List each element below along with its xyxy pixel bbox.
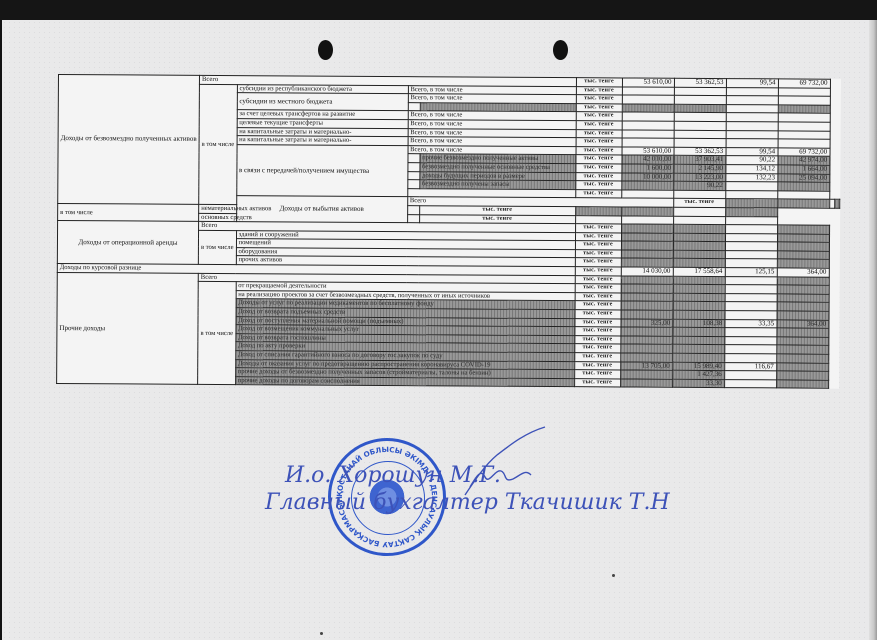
value-cell: [725, 233, 777, 242]
unit-cell: тыс. тенге: [575, 267, 621, 276]
value-cell: [673, 190, 725, 199]
unit-cell: тыс. тенге: [575, 189, 621, 198]
value-cell: [726, 87, 778, 96]
value-cell: [575, 215, 621, 224]
value-cell: [725, 207, 777, 216]
value-cell: [673, 224, 725, 233]
value-cell: [674, 130, 726, 139]
unit-cell: тыс. тенге: [575, 318, 621, 327]
value-cell: [725, 182, 777, 191]
punch-hole-left: [318, 40, 333, 60]
value-cell: [673, 233, 725, 242]
item-label: в связи с передачей/получением имущества: [236, 144, 407, 197]
value-cell: [622, 130, 674, 139]
value-cell: [622, 121, 674, 130]
value-cell: 42 010,00: [622, 155, 674, 164]
signature-line-accountant: Главный бухгалтер Ткачишик Т.Н: [265, 490, 670, 515]
value-cell: [726, 113, 778, 122]
value-cell: 53 610,00: [622, 147, 674, 156]
sub-item-label: прочие безвозмездно полученные активы: [420, 154, 576, 164]
unit-cell: тыс. тенге: [576, 112, 622, 121]
value-cell: [726, 139, 778, 148]
unit-cell: тыс. тенге: [574, 370, 620, 379]
value-cell: [778, 87, 830, 96]
value-cell: [778, 113, 830, 122]
unit-cell: тыс. тенге: [576, 86, 622, 95]
value-cell: [622, 87, 674, 96]
value-cell: [621, 207, 673, 216]
value-cell: [621, 293, 673, 302]
item-label: субсидии из местного бюджета: [237, 93, 408, 111]
blank-cell: [408, 102, 420, 111]
value-cell: [777, 225, 829, 234]
value-cell: [777, 311, 829, 320]
value-cell: [673, 285, 725, 294]
unit-cell: тыс. тенге: [575, 172, 621, 181]
value-cell: [673, 259, 725, 268]
value-cell: [621, 190, 673, 199]
value-cell: [673, 250, 725, 259]
value-cell: [777, 191, 829, 200]
sub-item-label: доходы будущих периодов в размере: [419, 171, 575, 181]
value-cell: [621, 310, 673, 319]
sub-group-label: в том числе: [198, 230, 236, 265]
value-cell: [674, 95, 726, 104]
unit-cell: тыс. тенге: [575, 293, 621, 302]
value-cell: [777, 251, 829, 260]
category-label: Прочие доходы: [57, 272, 199, 385]
value-cell: [725, 259, 777, 268]
value-cell: [777, 328, 829, 337]
value-cell: [777, 242, 829, 251]
value-cell: [622, 112, 674, 121]
value-cell: [673, 216, 725, 225]
value-cell: [776, 354, 828, 363]
value-cell: [725, 190, 777, 199]
value-cell: 37 903,41: [674, 156, 726, 165]
value-cell: [778, 96, 830, 105]
value-cell: [674, 121, 726, 130]
value-cell: 132,23: [725, 173, 777, 182]
value-cell: [622, 138, 674, 147]
value-cell: [725, 293, 777, 302]
value-cell: 25 094,00: [777, 173, 829, 182]
punch-hole-right: [553, 40, 568, 60]
value-cell: [778, 130, 830, 139]
value-cell: 364,00: [777, 268, 829, 277]
value-cell: [725, 250, 777, 259]
value-cell: [674, 104, 726, 113]
value-cell: 325,00: [621, 319, 673, 328]
value-cell: [725, 328, 777, 337]
unit-cell: тыс. тенге: [574, 361, 620, 370]
unit-cell: тыс. тенге: [576, 121, 622, 130]
value-cell: [725, 285, 777, 294]
value-cell: 69 732,00: [778, 79, 830, 88]
value-cell: [725, 276, 777, 285]
category-label: Доходы от операционной аренды: [57, 221, 198, 265]
value-cell: 99,54: [726, 147, 778, 156]
value-cell: [621, 250, 673, 259]
value-cell: [674, 113, 726, 122]
value-cell: [777, 302, 829, 311]
value-cell: [724, 379, 776, 388]
value-cell: [622, 95, 674, 104]
value-cell: 134,12: [726, 165, 778, 174]
value-cell: [621, 258, 673, 267]
value-cell: [776, 337, 828, 346]
value-cell: [777, 277, 829, 286]
value-cell: [672, 345, 724, 354]
value-cell: [778, 139, 830, 148]
value-cell: [778, 105, 830, 114]
unit-cell: тыс. тенге: [574, 378, 620, 387]
unit-cell: тыс. тенге: [576, 146, 622, 155]
page-edge: [869, 20, 877, 640]
value-cell: 33,30: [672, 379, 724, 388]
value-cell: [776, 371, 828, 380]
value-cell: 42 974,00: [778, 156, 830, 165]
value-cell: 1 664,00: [777, 165, 829, 174]
value-cell: [621, 284, 673, 293]
sub-group-label: в том числе: [198, 282, 236, 385]
value-cell: [725, 225, 777, 234]
value-cell: 13 705,00: [620, 362, 672, 371]
item-label: целевые текущие трансферты: [237, 119, 408, 129]
unit-cell: тыс. тенге: [575, 250, 621, 259]
unit-cell: тыс. тенге: [575, 275, 621, 284]
value-cell: [777, 182, 829, 191]
value-cell: [834, 200, 839, 209]
value-cell: [621, 327, 673, 336]
sub-item-label: безвозмездно получены запасы: [419, 180, 575, 190]
value-cell: [620, 344, 672, 353]
sub-group-label: в том числе: [199, 84, 237, 205]
value-cell: [724, 371, 776, 380]
value-cell: [673, 310, 725, 319]
value-cell: [725, 242, 777, 251]
signature-line-director: И.о. Хорошун М.Г.: [285, 463, 501, 488]
value-cell: [621, 241, 673, 250]
value-cell: 99,54: [726, 79, 778, 88]
value-cell: [621, 181, 673, 190]
value-cell: [673, 242, 725, 251]
value-cell: 53 362,53: [674, 78, 726, 87]
item-label: прочие доходы по договорам соисполнения: [235, 376, 574, 387]
sub-group-label: в том числе: [58, 203, 199, 221]
value-cell: [776, 362, 828, 371]
value-cell: 17 558,64: [673, 267, 725, 276]
value-cell: [726, 104, 778, 113]
blank-cell: [407, 171, 419, 180]
value-cell: [725, 311, 777, 320]
value-cell: [672, 336, 724, 345]
value-cell: [673, 276, 725, 285]
unit-cell: тыс. тенге: [576, 138, 622, 147]
value-cell: [673, 293, 725, 302]
value-cell: 13 223,00: [673, 173, 725, 182]
blank-cell: [408, 154, 420, 163]
value-cell: [776, 380, 828, 389]
value-cell: [777, 259, 829, 268]
value-cell: [621, 233, 673, 242]
unit-cell: тыс. тенге: [576, 155, 622, 164]
value-cell: [777, 234, 829, 243]
value-cell: [725, 302, 777, 311]
blank-cell: [407, 180, 419, 189]
income-report-table: Доходы от безвозмездно полученных активо…: [56, 74, 840, 389]
value-cell: 1 427,36: [672, 370, 724, 379]
value-cell: [620, 370, 672, 379]
scanner-top-border: [0, 0, 877, 20]
value-cell: 2 145,90: [674, 164, 726, 173]
unit-cell: тыс. тенге: [575, 258, 621, 267]
value-cell: 33,35: [725, 319, 777, 328]
unit-cell: тыс. тенге: [576, 103, 622, 112]
value-cell: [777, 199, 829, 208]
unit-cell: тыс. тенге: [576, 95, 622, 104]
value-cell: 364,00: [777, 320, 829, 329]
value-cell: [621, 215, 673, 224]
unit-cell: тыс. тенге: [575, 232, 621, 241]
value-cell: [725, 199, 777, 208]
value-cell: 1 600,00: [622, 164, 674, 173]
value-cell: 14 030,00: [621, 267, 673, 276]
value-cell: [724, 345, 776, 354]
value-cell: [622, 104, 674, 113]
unit-cell: тыс. тенге: [575, 241, 621, 250]
value-cell: [621, 301, 673, 310]
unit-cell: тыс. тенге: [575, 181, 621, 190]
value-cell: 53 362,53: [674, 147, 726, 156]
value-cell: [673, 207, 725, 216]
unit-cell: тыс. тенге: [575, 310, 621, 319]
value-cell: 15 989,40: [672, 362, 724, 371]
unit-cell: тыс. тенге: [575, 301, 621, 310]
value-cell: [674, 138, 726, 147]
unit-cell: тыс. тенге: [576, 164, 622, 173]
sub-item-label: безвозмездно полученные основные средств…: [420, 163, 576, 173]
value-cell: [726, 130, 778, 139]
unit-cell: тыс. тенге: [576, 129, 622, 138]
category-label: Доходы от безвозмездно полученных активо…: [58, 75, 200, 205]
value-cell: 116,67: [724, 362, 776, 371]
unit-cell: тыс. тенге: [575, 284, 621, 293]
value-cell: [777, 285, 829, 294]
value-cell: [777, 294, 829, 303]
value-cell: [673, 327, 725, 336]
unit-cell: тыс. тенге: [574, 335, 620, 344]
value-cell: 53 610,00: [622, 78, 674, 87]
item-label: на капитальные затраты и материально-: [237, 127, 408, 137]
value-cell: [620, 353, 672, 362]
value-cell: [620, 379, 672, 388]
value-cell: 90,22: [726, 156, 778, 165]
unit-cell: тыс. тенге: [673, 199, 725, 208]
unit-cell: тыс. тенге: [575, 327, 621, 336]
blank-cell: [408, 163, 420, 172]
value-cell: [621, 224, 673, 233]
value-cell: [673, 302, 725, 311]
value-cell: 90,22: [673, 181, 725, 190]
value-cell: [726, 96, 778, 105]
value-cell: [778, 122, 830, 131]
value-cell: [726, 122, 778, 131]
value-cell: 10 000,00: [621, 172, 673, 181]
unit-cell: тыс. тенге: [574, 353, 620, 362]
unit-cell: тыс. тенге: [575, 224, 621, 233]
item-label: за счет целевых трансфертов на развитие: [237, 110, 408, 120]
unit-cell: тыс. тенге: [574, 344, 620, 353]
value-cell: [674, 87, 726, 96]
scan-speck: [612, 574, 615, 577]
unit-cell: тыс. тенге: [576, 78, 622, 87]
value-cell: [575, 207, 621, 216]
item-label: на капитальные затраты и материально-: [237, 136, 408, 146]
item-label: субсидии из республиканского бюджета: [237, 84, 408, 94]
value-cell: 125,15: [725, 268, 777, 277]
value-cell: [621, 276, 673, 285]
value-cell: 69 732,00: [778, 148, 830, 157]
table-body: Доходы от безвозмездно полученных активо…: [57, 75, 840, 389]
value-cell: [620, 336, 672, 345]
value-cell: [725, 216, 777, 225]
value-cell: [672, 353, 724, 362]
value-cell: [776, 345, 828, 354]
scan-speck: [320, 632, 323, 635]
value-cell: [724, 354, 776, 363]
value-cell: 108,38: [673, 319, 725, 328]
value-cell: [724, 336, 776, 345]
